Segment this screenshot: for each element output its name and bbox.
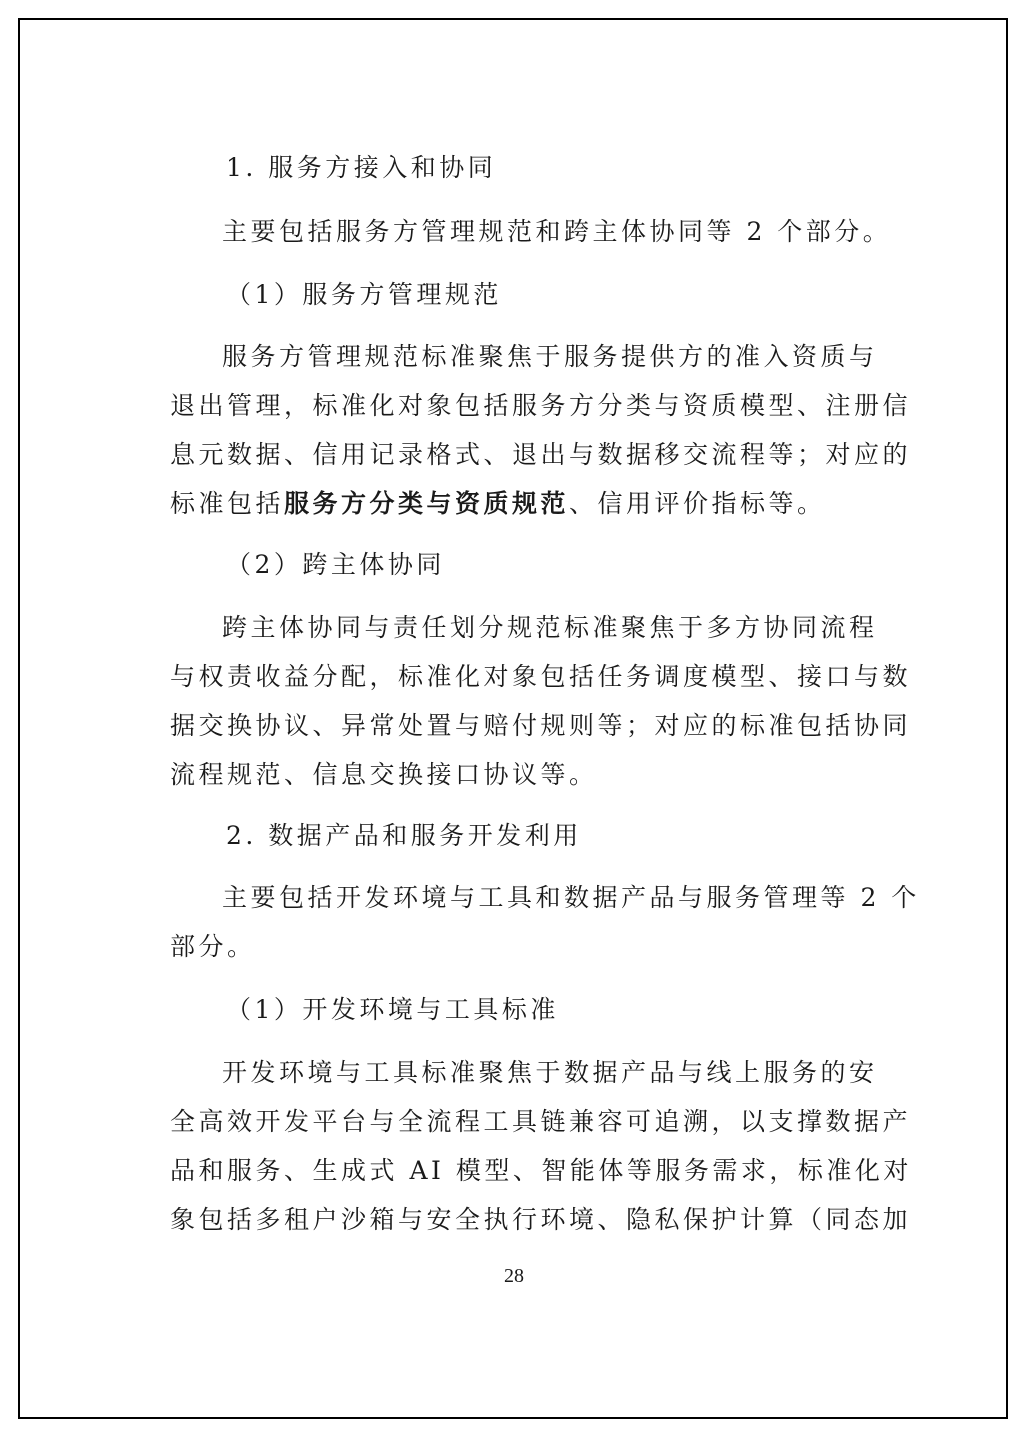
- paragraph-line: 开发环境与工具标准聚焦于数据产品与线上服务的安: [222, 1048, 878, 1097]
- paragraph-line: 标准包括服务方分类与资质规范、信用评价指标等。: [170, 479, 826, 528]
- section-1-intro: 主要包括服务方管理规范和跨主体协同等 2 个部分。: [222, 207, 891, 256]
- paragraph-line: 主要包括开发环境与工具和数据产品与服务管理等 2 个: [222, 873, 920, 922]
- subsection-1-2-heading: （2）跨主体协同: [226, 540, 445, 589]
- paragraph-line: 品和服务、生成式 AI 模型、智能体等服务需求，标准化对: [170, 1146, 912, 1195]
- text-run: 、信用评价指标等。: [569, 489, 826, 518]
- paragraph-line: 与权责收益分配，标准化对象包括任务调度模型、接口与数: [170, 652, 911, 701]
- paragraph-line: 跨主体协同与责任划分规范标准聚焦于多方协同流程: [222, 603, 878, 652]
- paragraph-line: 息元数据、信用记录格式、退出与数据移交流程等；对应的: [170, 430, 911, 479]
- paragraph-line: 象包括多租户沙箱与安全执行环境、隐私保护计算（同态加: [170, 1195, 911, 1244]
- section-2-heading: 2. 数据产品和服务开发利用: [226, 811, 582, 860]
- page-number: 28: [0, 1265, 1028, 1288]
- subsection-1-1-heading: （1）服务方管理规范: [226, 270, 502, 319]
- paragraph-line: 全高效开发平台与全流程工具链兼容可追溯，以支撑数据产: [170, 1097, 911, 1146]
- paragraph-line: 退出管理，标准化对象包括服务方分类与资质模型、注册信: [170, 381, 911, 430]
- text-run: 标准包括: [170, 489, 284, 518]
- paragraph-line: 部分。: [170, 922, 256, 971]
- paragraph-line: 流程规范、信息交换接口协议等。: [170, 750, 598, 799]
- paragraph-line: 服务方管理规范标准聚焦于服务提供方的准入资质与: [222, 332, 878, 381]
- subsection-2-1-heading: （1）开发环境与工具标准: [226, 985, 559, 1034]
- section-1-heading: 1. 服务方接入和协同: [226, 143, 496, 192]
- paragraph-line: 据交换协议、异常处置与赔付规则等；对应的标准包括协同: [170, 701, 911, 750]
- bold-standard-name: 服务方分类与资质规范: [284, 489, 569, 518]
